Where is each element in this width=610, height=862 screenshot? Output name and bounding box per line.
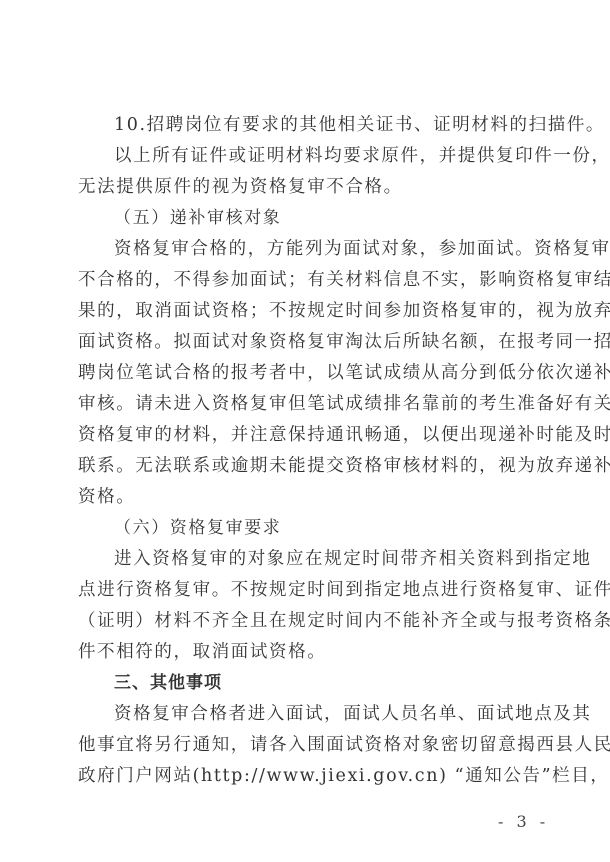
list-item-10: 10.招聘岗位有要求的其他相关证书、证明材料的扫描件。 (78, 110, 531, 141)
section-heading-5: （五）递补审核对象 (78, 203, 531, 234)
paragraph-line-with-link: 政府门户网站(http://www.jiexi.gov.cn) “通知公告”栏目… (78, 761, 531, 792)
paragraph-line: 聘岗位笔试合格的报考者中，以笔试成绩从高分到低分依次递补 (78, 358, 531, 389)
paragraph-line: 资格复审合格者进入面试，面试人员名单、面试地点及其 (78, 699, 531, 730)
document-body: 10.招聘岗位有要求的其他相关证书、证明材料的扫描件。 以上所有证件或证明材料均… (78, 110, 531, 792)
paragraph-line: 进入资格复审的对象应在规定时间带齐相关资料到指定地 (78, 544, 531, 575)
page-number: - 3 - (498, 812, 549, 831)
paragraph-line: 他事宜将另行通知，请各入围面试资格对象密切留意揭西县人民 (78, 730, 531, 761)
paragraph-line: （证明）材料不齐全且在规定时间内不能补齐全或与报考资格条 (78, 606, 531, 637)
paragraph-line: 件不相符的，取消面试资格。 (78, 637, 531, 668)
paragraph-line: 点进行资格复审。不按规定时间到指定地点进行资格复审、证件 (78, 575, 531, 606)
paragraph-line: 果的，取消面试资格；不按规定时间参加资格复审的，视为放弃 (78, 296, 531, 327)
section-heading-3: 三、其他事项 (78, 668, 531, 699)
section-heading-6: （六）资格复审要求 (78, 513, 531, 544)
paragraph-line: 无法提供原件的视为资格复审不合格。 (78, 172, 531, 203)
paragraph-line: 资格复审的材料，并注意保持通讯畅通，以便出现递补时能及时 (78, 420, 531, 451)
paragraph-line: 审核。请未进入资格复审但笔试成绩排名靠前的考生准备好有关 (78, 389, 531, 420)
paragraph-line: 面试资格。拟面试对象资格复审淘汰后所缺名额，在报考同一招 (78, 327, 531, 358)
paragraph-line: 资格复审合格的，方能列为面试对象，参加面试。资格复审 (78, 234, 531, 265)
paragraph-line: 资格。 (78, 482, 531, 513)
paragraph-line: 不合格的，不得参加面试；有关材料信息不实，影响资格复审结 (78, 265, 531, 296)
document-page: 10.招聘岗位有要求的其他相关证书、证明材料的扫描件。 以上所有证件或证明材料均… (0, 0, 610, 862)
paragraph-line: 联系。无法联系或逾期未能提交资格审核材料的，视为放弃递补 (78, 451, 531, 482)
paragraph-line: 以上所有证件或证明材料均要求原件，并提供复印件一份， (78, 141, 531, 172)
